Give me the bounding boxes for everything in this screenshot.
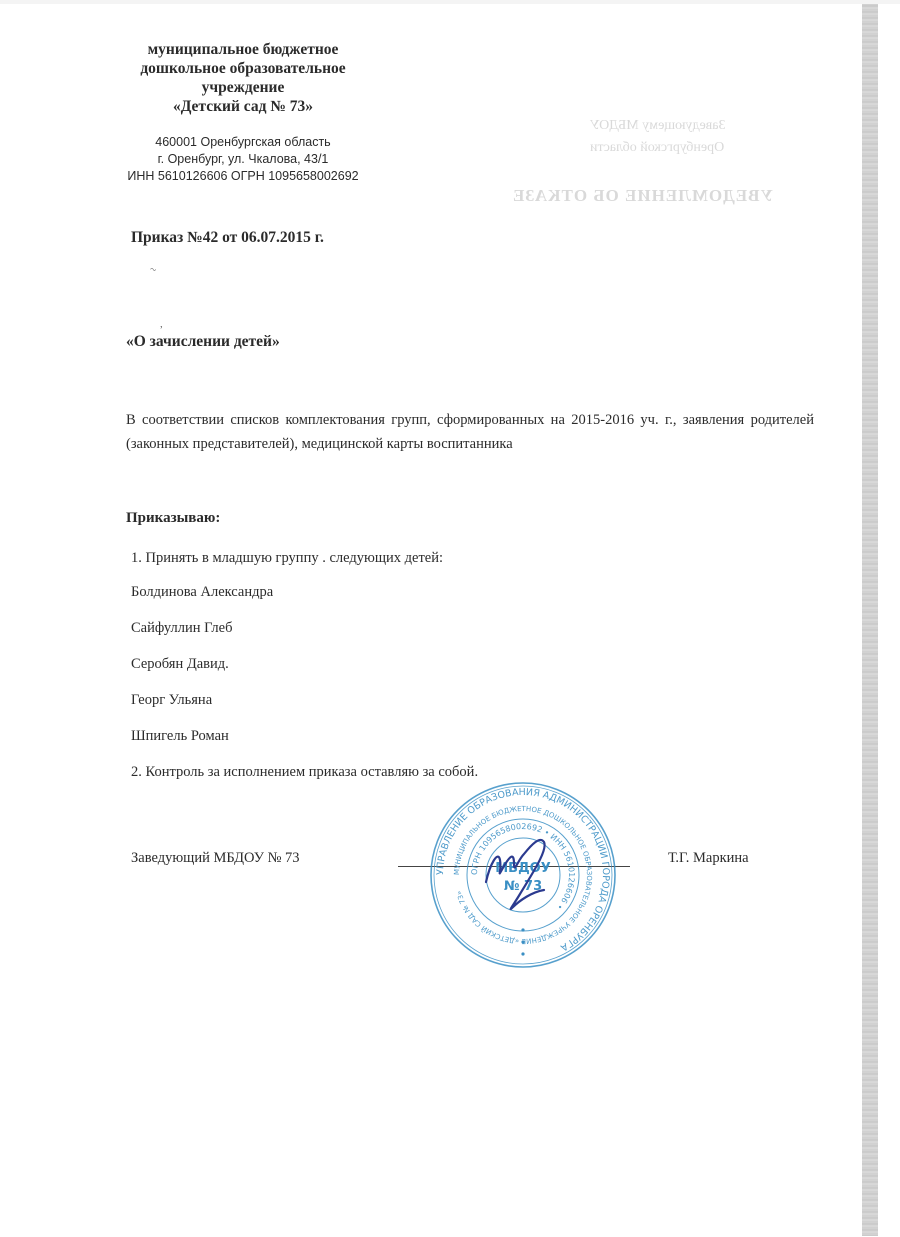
child-name: Серобян Давид. — [131, 656, 229, 673]
child-name: Шпигель Роман — [131, 728, 229, 745]
orders-label: Приказываю: — [126, 510, 220, 527]
signatory-name: Т.Г. Маркина — [668, 850, 749, 867]
address-line: ИНН 5610126606 ОГРН 1095658002692 — [108, 168, 378, 185]
order-preamble: В соответствии списков комплектования гр… — [126, 408, 814, 456]
organization-header: муниципальное бюджетное дошкольное образ… — [108, 40, 378, 185]
scan-speck: , — [160, 318, 163, 330]
bleed-through-heading: УВЕДОМЛЕНИЕ ОБ ОТКАЗЕ — [512, 186, 773, 206]
official-stamp: УПРАВЛЕНИЕ ОБРАЗОВАНИЯ АДМИНИСТРАЦИИ ГОР… — [428, 780, 618, 970]
organization-address: 460001 Оренбургская область г. Оренбург,… — [108, 134, 378, 185]
bleed-through-line: Заведующему МБДОУ — [590, 118, 725, 134]
address-line: 460001 Оренбургская область — [108, 134, 378, 151]
org-name-line: учреждение — [108, 78, 378, 97]
child-name: Сайфуллин Глеб — [131, 620, 232, 637]
order-item-2: 2. Контроль за исполнением приказа остав… — [131, 764, 478, 781]
address-line: г. Оренбург, ул. Чкалова, 43/1 — [108, 151, 378, 168]
document-page: УВЕДОМЛЕНИЕ ОБ ОТКАЗЕ Заведующему МБДОУ … — [0, 0, 900, 1237]
org-name-line: дошкольное образовательное — [108, 59, 378, 78]
scan-right-edge — [862, 4, 878, 1236]
order-title: Приказ №42 от 06.07.2015 г. — [131, 229, 324, 247]
org-name-line: муниципальное бюджетное — [108, 40, 378, 59]
organization-name: муниципальное бюджетное дошкольное образ… — [108, 40, 378, 116]
order-subject: «О зачислении детей» — [126, 333, 280, 351]
child-name: Болдинова Александра — [131, 584, 273, 601]
org-name-line: «Детский сад № 73» — [108, 97, 378, 116]
bleed-through-line: Оренбургской области — [590, 140, 724, 156]
signatory-role: Заведующий МБДОУ № 73 — [131, 850, 300, 867]
scan-top-edge — [0, 0, 900, 4]
order-item-1: 1. Принять в младшую группу . следующих … — [131, 550, 443, 567]
child-name: Георг Ульяна — [131, 692, 212, 709]
scan-speck: ~ — [148, 263, 158, 276]
stamp-icon: УПРАВЛЕНИЕ ОБРАЗОВАНИЯ АДМИНИСТРАЦИИ ГОР… — [428, 780, 618, 970]
